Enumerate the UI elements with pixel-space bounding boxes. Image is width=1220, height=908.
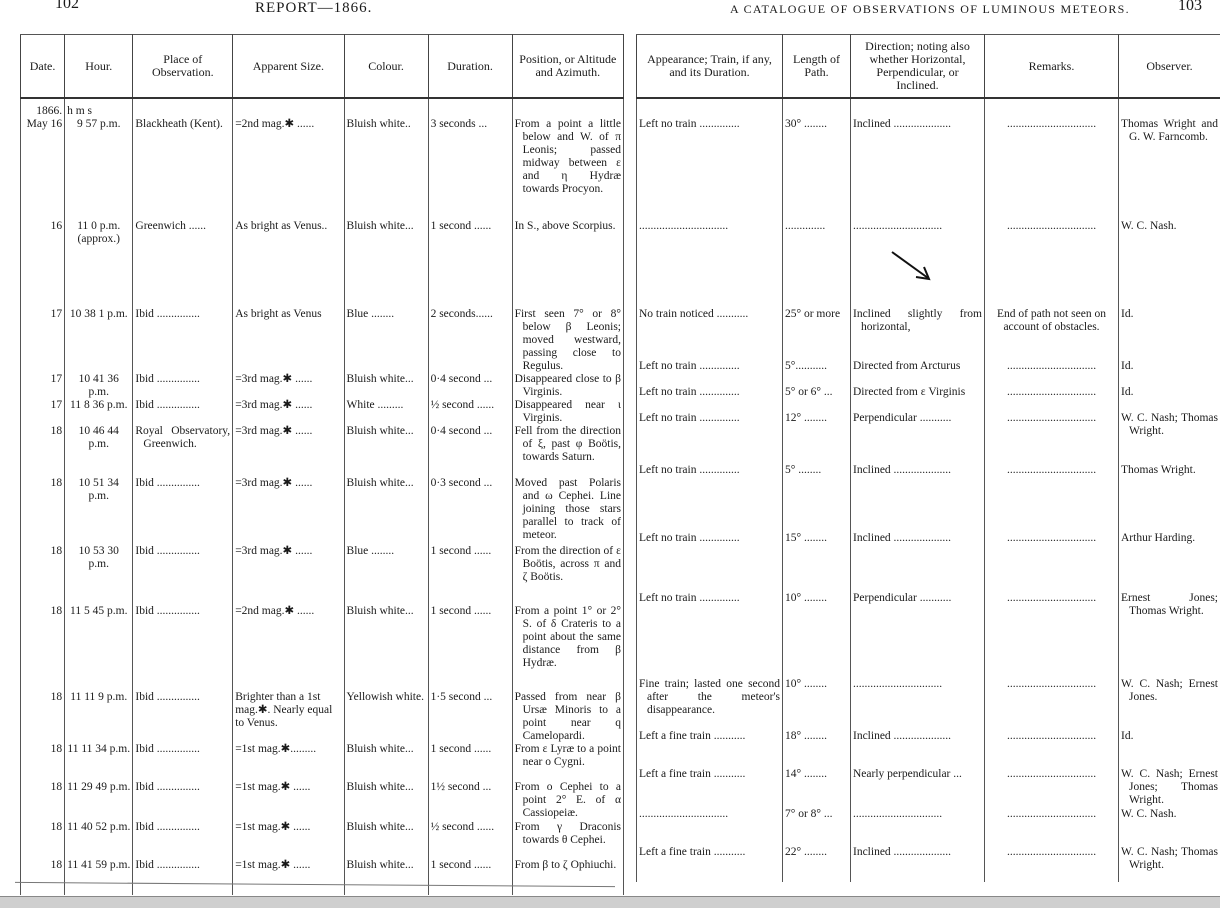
table-row: 1811 29 49 p.m.Ibid ...............=1st … bbox=[21, 781, 624, 821]
duration-cell: 1 second ...... bbox=[428, 545, 512, 605]
col-header-place: Place of Observation. bbox=[133, 35, 233, 99]
position-cell: In S., above Scorpius. bbox=[512, 220, 623, 308]
colour-cell: Bluish white... bbox=[344, 373, 428, 399]
colour-cell: Bluish white... bbox=[344, 743, 428, 781]
size-cell: =3rd mag.✱ ...... bbox=[233, 545, 344, 605]
length-cell: 5°........... bbox=[783, 360, 851, 386]
hour-cell: 11 41 59 p.m. bbox=[65, 859, 133, 895]
size-cell: =1st mag.✱ ...... bbox=[233, 781, 344, 821]
hour-cell: 11 5 45 p.m. bbox=[65, 605, 133, 691]
date-cell: 18 bbox=[21, 477, 65, 545]
direction-cell: Perpendicular ........... bbox=[851, 412, 985, 464]
colour-cell: White ......... bbox=[344, 399, 428, 425]
appearance-cell: Left no train .............. bbox=[637, 464, 783, 532]
date-cell: 18 bbox=[21, 605, 65, 691]
length-cell: 10° ........ bbox=[783, 678, 851, 730]
duration-cell: 1 second ...... bbox=[428, 859, 512, 895]
remarks-cell: ............................... bbox=[985, 464, 1119, 532]
observer-cell: Thomas Wright. bbox=[1119, 464, 1220, 532]
remarks-cell: ............................... bbox=[985, 730, 1119, 768]
table-row: 1710 38 1 p.m.Ibid ...............As bri… bbox=[21, 308, 624, 373]
length-cell: 12° ........ bbox=[783, 412, 851, 464]
table-row: Left no train ..............10° ........… bbox=[637, 592, 1220, 678]
direction-cell: Inclined .................... bbox=[851, 464, 985, 532]
table-row: Left a fine train ...........14° .......… bbox=[637, 768, 1220, 808]
table-row: Left no train ..............15° ........… bbox=[637, 532, 1220, 592]
duration-cell: 1½ second ... bbox=[428, 781, 512, 821]
col-header-appearance: Appearance; Train, if any, and its Durat… bbox=[637, 35, 783, 99]
hour-cell: 11 40 52 p.m. bbox=[65, 821, 133, 859]
position-cell: Disappeared close to β Virginis. bbox=[512, 373, 623, 399]
table-row: 1811 40 52 p.m.Ibid ...............=1st … bbox=[21, 821, 624, 859]
date-cell: 18 bbox=[21, 859, 65, 895]
place-cell: Ibid ............... bbox=[133, 781, 233, 821]
hour-cell: 10 53 30 p.m. bbox=[65, 545, 133, 605]
observer-cell: Id. bbox=[1119, 730, 1220, 768]
colour-cell: Bluish white... bbox=[344, 220, 428, 308]
appearance-cell: ............................... bbox=[637, 808, 783, 846]
remarks-cell: ............................... bbox=[985, 386, 1119, 412]
size-cell: =1st mag.✱ ...... bbox=[233, 859, 344, 895]
observer-cell: W. C. Nash; Thomas Wright. bbox=[1119, 846, 1220, 882]
table-row: No train noticed ...........25° or moreI… bbox=[637, 308, 1220, 360]
size-cell: As bright as Venus bbox=[233, 308, 344, 373]
table-row: 1710 41 36 p.m.Ibid ...............=3rd … bbox=[21, 373, 624, 399]
appearance-cell: Left a fine train ........... bbox=[637, 730, 783, 768]
date-cell: 18 bbox=[21, 691, 65, 743]
length-cell: 10° ........ bbox=[783, 592, 851, 678]
position-cell: Passed from near β Ursæ Minoris to a poi… bbox=[512, 691, 623, 743]
col-header-length: Length of Path. bbox=[783, 35, 851, 99]
direction-cell: Nearly perpendicular ... bbox=[851, 768, 985, 808]
table-row: Left no train ..............12° ........… bbox=[637, 412, 1220, 464]
col-header-hour: Hour. bbox=[65, 35, 133, 99]
col-header-duration: Duration. bbox=[428, 35, 512, 99]
duration-cell: 2 seconds...... bbox=[428, 308, 512, 373]
appearance-cell: Left no train .............. bbox=[637, 592, 783, 678]
direction-cell: Inclined slightly from horizontal, bbox=[851, 308, 985, 360]
date-cell: 17 bbox=[21, 373, 65, 399]
table-row: Left a fine train ...........22° .......… bbox=[637, 846, 1220, 882]
observer-cell: Id. bbox=[1119, 360, 1220, 386]
duration-cell: 0·3 second ... bbox=[428, 477, 512, 545]
hour-units: h m s bbox=[65, 98, 133, 118]
col-header-colour: Colour. bbox=[344, 35, 428, 99]
table-row: Left a fine train ...........18° .......… bbox=[637, 730, 1220, 768]
size-cell: =1st mag.✱......... bbox=[233, 743, 344, 781]
place-cell: Royal Observatory, Greenwich. bbox=[133, 425, 233, 477]
remarks-cell: ............................... bbox=[985, 678, 1119, 730]
size-cell: Brighter than a 1st mag.✱. Nearly equal … bbox=[233, 691, 344, 743]
table-row: 1611 0 p.m. (approx.)Greenwich ......As … bbox=[21, 220, 624, 308]
direction-cell: ............................... bbox=[851, 808, 985, 846]
hour-cell: 10 41 36 p.m. bbox=[65, 373, 133, 399]
duration-cell: ½ second ...... bbox=[428, 821, 512, 859]
duration-cell: 0·4 second ... bbox=[428, 425, 512, 477]
hour-cell: 10 38 1 p.m. bbox=[65, 308, 133, 373]
place-cell: Ibid ............... bbox=[133, 691, 233, 743]
date-cell: 16 bbox=[21, 220, 65, 308]
appearance-cell: Left a fine train ........... bbox=[637, 768, 783, 808]
remarks-cell: ............................... bbox=[985, 768, 1119, 808]
place-cell: Ibid ............... bbox=[133, 821, 233, 859]
length-cell: 14° ........ bbox=[783, 768, 851, 808]
length-cell: 7° or 8° ... bbox=[783, 808, 851, 846]
place-cell: Ibid ............... bbox=[133, 399, 233, 425]
table-row: 1811 5 45 p.m.Ibid ...............=2nd m… bbox=[21, 605, 624, 691]
page-number-right: 103 bbox=[1178, 0, 1202, 15]
col-header-direction: Direction; noting also whether Horizonta… bbox=[851, 35, 985, 99]
colour-cell: Bluish white.. bbox=[344, 118, 428, 220]
table-row: Left no train ..............5° or 6° ...… bbox=[637, 386, 1220, 412]
year-label: 1866. bbox=[21, 98, 65, 118]
position-cell: Moved past Polaris and ω Cephei. Line jo… bbox=[512, 477, 623, 545]
direction-cell: Inclined .................... bbox=[851, 118, 985, 220]
direction-cell: Inclined .................... bbox=[851, 846, 985, 882]
place-cell: Ibid ............... bbox=[133, 545, 233, 605]
place-cell: Ibid ............... bbox=[133, 859, 233, 895]
appearance-cell: No train noticed ........... bbox=[637, 308, 783, 360]
table-row: ...............................7° or 8° … bbox=[637, 808, 1220, 846]
remarks-cell: ............................... bbox=[985, 808, 1119, 846]
colour-cell: Bluish white... bbox=[344, 605, 428, 691]
size-cell: As bright as Venus.. bbox=[233, 220, 344, 308]
position-cell: From ε Lyræ to a point near ο Cygni. bbox=[512, 743, 623, 781]
position-cell: From β to ζ Ophiuchi. bbox=[512, 859, 623, 895]
duration-cell: ½ second ...... bbox=[428, 399, 512, 425]
colour-cell: Blue ........ bbox=[344, 545, 428, 605]
remarks-cell: ............................... bbox=[985, 846, 1119, 882]
arrow-icon bbox=[890, 250, 934, 284]
running-head-left: REPORT—1866. bbox=[255, 0, 372, 17]
size-cell: =3rd mag.✱ ...... bbox=[233, 399, 344, 425]
position-cell: First seen 7° or 8° below β Leonis; move… bbox=[512, 308, 623, 373]
left-page-table: Date. Hour. Place of Observation. Appare… bbox=[20, 34, 624, 882]
length-cell: 5° ........ bbox=[783, 464, 851, 532]
observer-cell: Id. bbox=[1119, 308, 1220, 360]
date-cell: 18 bbox=[21, 425, 65, 477]
hour-cell: 11 11 9 p.m. bbox=[65, 691, 133, 743]
observer-cell: Id. bbox=[1119, 386, 1220, 412]
place-cell: Blackheath (Kent). bbox=[133, 118, 233, 220]
direction-cell: Directed from ε Virginis bbox=[851, 386, 985, 412]
colour-cell: Bluish white... bbox=[344, 821, 428, 859]
date-cell: 18 bbox=[21, 781, 65, 821]
remarks-cell: End of path not seen on account of obsta… bbox=[985, 308, 1119, 360]
table-row: May 169 57 p.m.Blackheath (Kent).=2nd ma… bbox=[21, 118, 624, 220]
remarks-cell: ............................... bbox=[985, 592, 1119, 678]
appearance-cell: Left no train .............. bbox=[637, 386, 783, 412]
date-cell: 17 bbox=[21, 308, 65, 373]
position-cell: From the direction of ε Boötis, across π… bbox=[512, 545, 623, 605]
duration-cell: 1 second ...... bbox=[428, 743, 512, 781]
duration-cell: 1·5 second ... bbox=[428, 691, 512, 743]
duration-cell: 0·4 second ... bbox=[428, 373, 512, 399]
observer-cell: W. C. Nash; Ernest Jones. bbox=[1119, 678, 1220, 730]
table-row: Left no train ..............30° ........… bbox=[637, 118, 1220, 220]
table-row: 1811 41 59 p.m.Ibid ...............=1st … bbox=[21, 859, 624, 895]
position-cell: Fell from the direction of ξ, past φ Boö… bbox=[512, 425, 623, 477]
place-cell: Ibid ............... bbox=[133, 477, 233, 545]
appearance-cell: Left no train .............. bbox=[637, 118, 783, 220]
appearance-cell: Left no train .............. bbox=[637, 360, 783, 386]
length-cell: 25° or more bbox=[783, 308, 851, 360]
place-cell: Ibid ............... bbox=[133, 373, 233, 399]
table-row: 1810 53 30 p.m.Ibid ...............=3rd … bbox=[21, 545, 624, 605]
table-row: 1811 11 9 p.m.Ibid ...............Bright… bbox=[21, 691, 624, 743]
place-cell: Ibid ............... bbox=[133, 605, 233, 691]
colour-cell: Bluish white... bbox=[344, 477, 428, 545]
remarks-cell: ............................... bbox=[985, 412, 1119, 464]
observer-cell: Arthur Harding. bbox=[1119, 532, 1220, 592]
length-cell: 5° or 6° ... bbox=[783, 386, 851, 412]
hour-cell: 10 46 44 p.m. bbox=[65, 425, 133, 477]
date-cell: 18 bbox=[21, 821, 65, 859]
appearance-cell: ............................... bbox=[637, 220, 783, 308]
size-cell: =2nd mag.✱ ...... bbox=[233, 605, 344, 691]
colour-cell: Yellowish white. bbox=[344, 691, 428, 743]
running-head-right: A CATALOGUE OF OBSERVATIONS OF LUMINOUS … bbox=[730, 2, 1130, 17]
position-cell: From ο Cephei to a point 2° E. of α Cass… bbox=[512, 781, 623, 821]
col-header-remarks: Remarks. bbox=[985, 35, 1119, 99]
direction-cell: Perpendicular ........... bbox=[851, 592, 985, 678]
observer-cell: Thomas Wright and G. W. Farncomb. bbox=[1119, 118, 1220, 220]
length-cell: .............. bbox=[783, 220, 851, 308]
col-header-date: Date. bbox=[21, 35, 65, 99]
place-cell: Ibid ............... bbox=[133, 308, 233, 373]
colour-cell: Bluish white... bbox=[344, 781, 428, 821]
colour-cell: Bluish white... bbox=[344, 425, 428, 477]
colour-cell: Blue ........ bbox=[344, 308, 428, 373]
place-cell: Ibid ............... bbox=[133, 743, 233, 781]
col-header-position: Position, or Altitude and Azimuth. bbox=[512, 35, 623, 99]
table-row: 1711 8 36 p.m.Ibid ...............=3rd m… bbox=[21, 399, 624, 425]
hour-cell: 9 57 p.m. bbox=[65, 118, 133, 220]
date-cell: 18 bbox=[21, 743, 65, 781]
units-row: 1866. h m s bbox=[21, 98, 624, 118]
date-cell: 17 bbox=[21, 399, 65, 425]
remarks-cell: ............................... bbox=[985, 220, 1119, 308]
size-cell: =3rd mag.✱ ...... bbox=[233, 373, 344, 399]
observer-cell: W. C. Nash; Ernest Jones; Thomas Wright. bbox=[1119, 768, 1220, 808]
appearance-cell: Left no train .............. bbox=[637, 412, 783, 464]
length-cell: 15° ........ bbox=[783, 532, 851, 592]
size-cell: =1st mag.✱ ...... bbox=[233, 821, 344, 859]
position-cell: From γ Draconis towards θ Cephei. bbox=[512, 821, 623, 859]
direction-cell: ............................... bbox=[851, 678, 985, 730]
observer-cell: W. C. Nash; Thomas Wright. bbox=[1119, 412, 1220, 464]
position-cell: Disappeared near ι Virginis. bbox=[512, 399, 623, 425]
table-row: Fine train; lasted one second after the … bbox=[637, 678, 1220, 730]
table-row: Left no train ..............5°..........… bbox=[637, 360, 1220, 386]
hour-cell: 10 51 34 p.m. bbox=[65, 477, 133, 545]
size-cell: =2nd mag.✱ ...... bbox=[233, 118, 344, 220]
duration-cell: 3 seconds ... bbox=[428, 118, 512, 220]
position-cell: From a point a little below and W. of π … bbox=[512, 118, 623, 220]
length-cell: 30° ........ bbox=[783, 118, 851, 220]
observer-cell: W. C. Nash. bbox=[1119, 808, 1220, 846]
right-page-table: Appearance; Train, if any, and its Durat… bbox=[636, 34, 1220, 890]
col-header-observer: Observer. bbox=[1119, 35, 1220, 99]
observer-cell: W. C. Nash. bbox=[1119, 220, 1220, 308]
direction-cell: Directed from Arcturus bbox=[851, 360, 985, 386]
col-header-size: Apparent Size. bbox=[233, 35, 344, 99]
length-cell: 18° ........ bbox=[783, 730, 851, 768]
table-row: 1810 46 44 p.m.Royal Observatory, Greenw… bbox=[21, 425, 624, 477]
hour-cell: 11 29 49 p.m. bbox=[65, 781, 133, 821]
date-cell: May 16 bbox=[21, 118, 65, 220]
hour-cell: 11 11 34 p.m. bbox=[65, 743, 133, 781]
appearance-cell: Left no train .............. bbox=[637, 532, 783, 592]
appearance-cell: Fine train; lasted one second after the … bbox=[637, 678, 783, 730]
duration-cell: 1 second ...... bbox=[428, 605, 512, 691]
hour-cell: 11 0 p.m. (approx.) bbox=[65, 220, 133, 308]
remarks-cell: ............................... bbox=[985, 360, 1119, 386]
page-bottom-edge bbox=[0, 896, 1220, 908]
hour-cell: 11 8 36 p.m. bbox=[65, 399, 133, 425]
observer-cell: Ernest Jones; Thomas Wright. bbox=[1119, 592, 1220, 678]
remarks-cell: ............................... bbox=[985, 118, 1119, 220]
remarks-cell: ............................... bbox=[985, 532, 1119, 592]
colour-cell: Bluish white... bbox=[344, 859, 428, 895]
table-row: 1810 51 34 p.m.Ibid ...............=3rd … bbox=[21, 477, 624, 545]
size-cell: =3rd mag.✱ ...... bbox=[233, 477, 344, 545]
duration-cell: 1 second ...... bbox=[428, 220, 512, 308]
direction-cell: Inclined .................... bbox=[851, 532, 985, 592]
table-row: Left no train ..............5° ........I… bbox=[637, 464, 1220, 532]
page-number-left: 102 bbox=[55, 0, 79, 13]
position-cell: From a point 1° or 2° S. of δ Crateris t… bbox=[512, 605, 623, 691]
date-cell: 18 bbox=[21, 545, 65, 605]
direction-cell: Inclined .................... bbox=[851, 730, 985, 768]
place-cell: Greenwich ...... bbox=[133, 220, 233, 308]
table-row: 1811 11 34 p.m.Ibid ...............=1st … bbox=[21, 743, 624, 781]
appearance-cell: Left a fine train ........... bbox=[637, 846, 783, 882]
length-cell: 22° ........ bbox=[783, 846, 851, 882]
size-cell: =3rd mag.✱ ...... bbox=[233, 425, 344, 477]
